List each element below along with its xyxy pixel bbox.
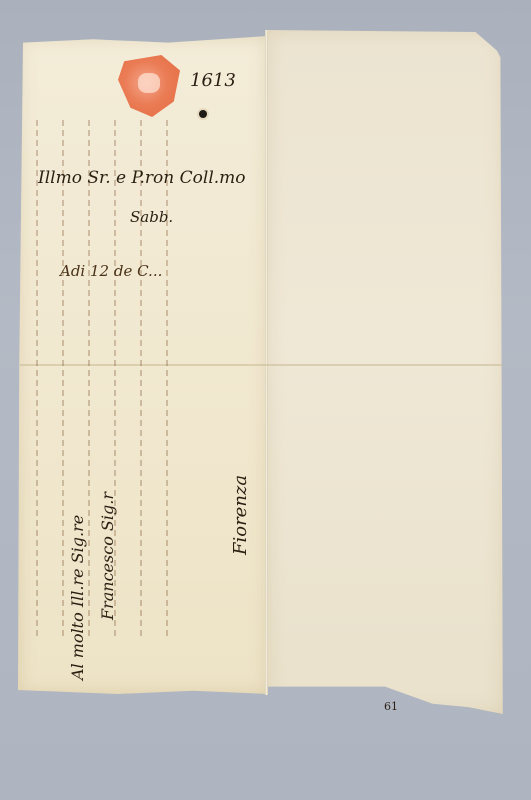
vertical-line-1: Al molto Ill.re Sig.re — [68, 515, 87, 680]
destination-fiorenza: Fiorenza — [230, 475, 251, 555]
address-line-2: Sabb. — [130, 208, 173, 226]
address-line-3: Adi 12 de C... — [60, 262, 162, 280]
vertical-line-2: Francesco Sig.r — [98, 492, 117, 620]
address-line-1: Illmo Sr. e P.ron Coll.mo — [38, 168, 246, 188]
year-note: 1613 — [190, 70, 236, 91]
letter-back-panel — [266, 30, 504, 714]
letter-photo: 1613 Illmo Sr. e P.ron Coll.mo Sabb. Adi… — [0, 0, 531, 800]
ink-hole — [199, 110, 207, 118]
vertical-fold-crease — [265, 30, 268, 695]
bottom-mark: 61 — [384, 700, 398, 713]
